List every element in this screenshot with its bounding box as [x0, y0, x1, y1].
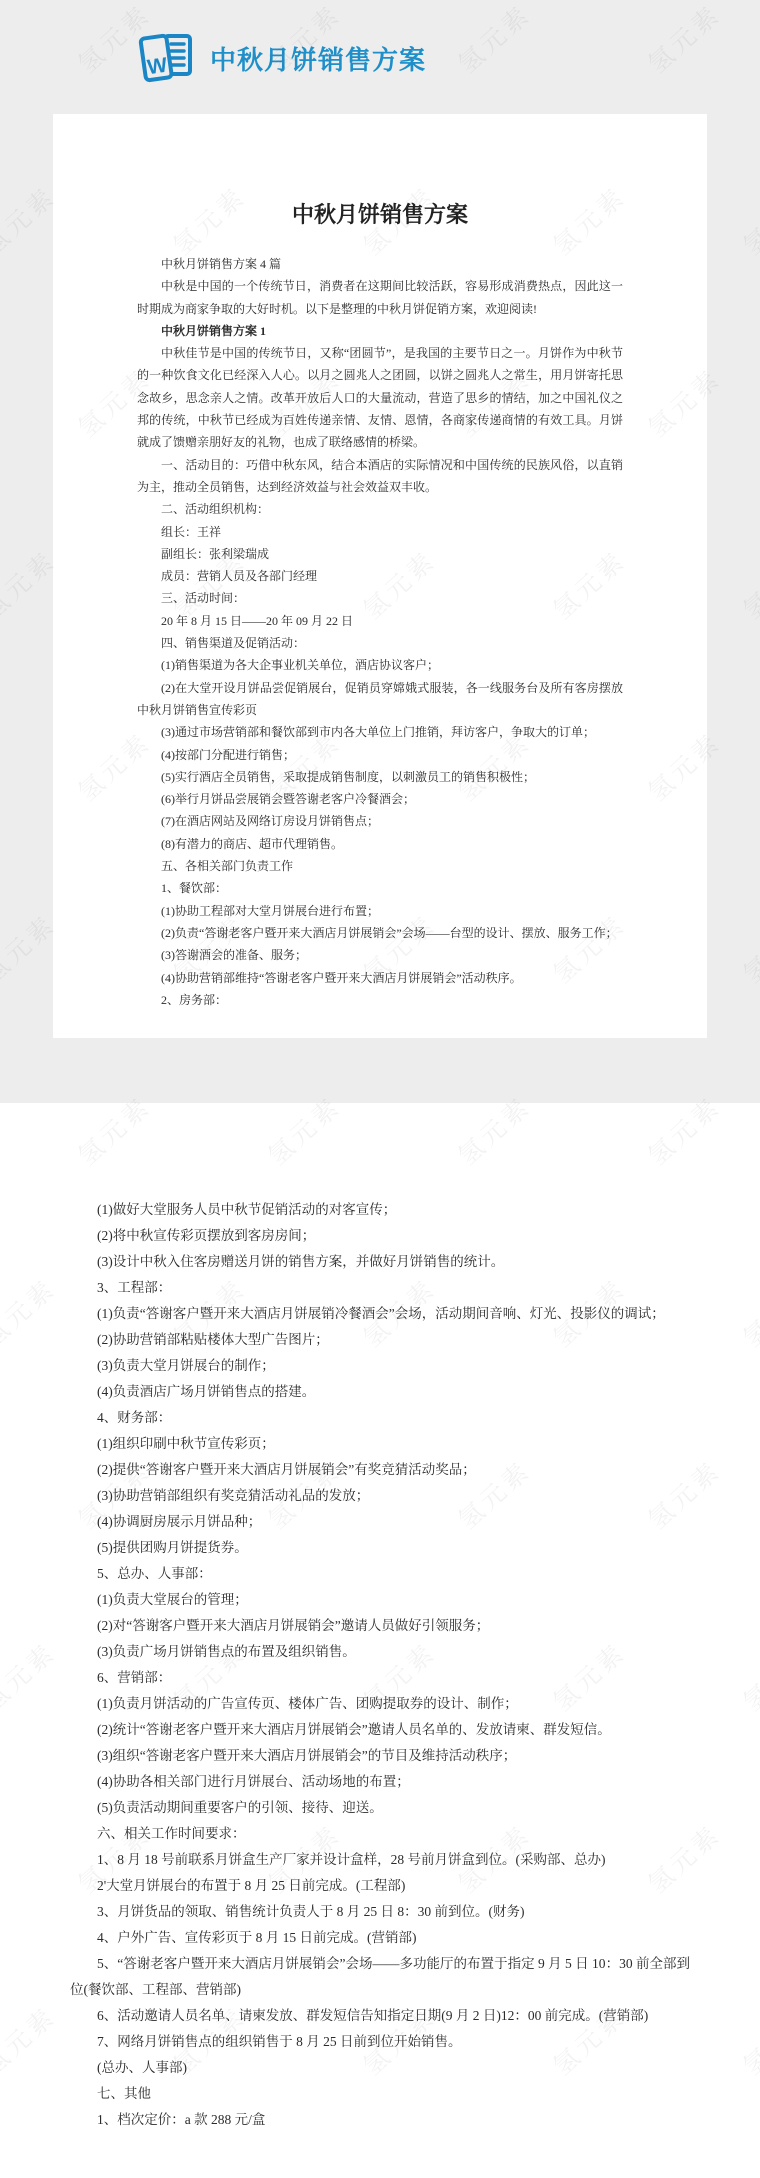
paragraph: 中秋月饼销售方案 4 篇: [137, 253, 623, 275]
paragraph: 5、总办、人事部：: [70, 1561, 690, 1587]
paragraph: 5、“答谢老客户暨开来大酒店月饼展销会”会场——多功能厅的布置于指定 9 月 5…: [70, 1951, 690, 2003]
paragraph: (2)负责“答谢老客户暨开来大酒店月饼展销会”会场——台型的设计、摆放、服务工作…: [137, 922, 623, 944]
paragraph: 3、月饼货品的领取、销售统计负责人于 8 月 25 日 8：30 前到位。(财务…: [70, 1899, 690, 1925]
paragraph: (2)统计“答谢老客户暨开来大酒店月饼展销会”邀请人员名单的、发放请柬、群发短信…: [70, 1717, 690, 1743]
paragraph: (5)负责活动期间重要客户的引领、接待、迎送。: [70, 1795, 690, 1821]
document-page-2: (1)做好大堂服务人员中秋节促销活动的对客宣传；(2)将中秋宣传彩页摆放到客房房…: [0, 1103, 760, 2178]
paragraph: 1、档次定价：a 款 288 元/盒: [70, 2107, 690, 2133]
paragraph: (1)负责大堂展台的管理；: [70, 1587, 690, 1613]
paragraph: (2)在大堂开设月饼品尝促销展台，促销员穿嫦娥式服装，各一线服务台及所有客房摆放…: [137, 677, 623, 722]
paragraph: (3)组织“答谢老客户暨开来大酒店月饼展销会”的节目及维持活动秩序；: [70, 1743, 690, 1769]
app-header: W 中秋月饼销售方案: [138, 26, 426, 90]
paragraph: 1、8 月 18 号前联系月饼盒生产厂家并设计盒样，28 号前月饼盒到位。(采购…: [70, 1847, 690, 1873]
paragraph: 3、工程部：: [70, 1275, 690, 1301]
document-title: 中秋月饼销售方案: [137, 198, 623, 229]
paragraph: 中秋是中国的一个传统节日，消费者在这期间比较活跃，容易形成消费热点，因此这一时期…: [137, 275, 623, 320]
paragraph: (1)组织印刷中秋节宣传彩页；: [70, 1431, 690, 1457]
paragraph: (1)负责月饼活动的广告宣传页、楼体广告、团购提取券的设计、制作；: [70, 1691, 690, 1717]
app-header-title: 中秋月饼销售方案: [210, 40, 426, 77]
paragraph: 一、活动目的：巧借中秋东风，结合本酒店的实际情况和中国传统的民族风俗，以直销为主…: [137, 454, 623, 499]
paragraph: 五、各相关部门负责工作: [137, 855, 623, 877]
paragraph: (1)做好大堂服务人员中秋节促销活动的对客宣传；: [70, 1197, 690, 1223]
paragraph: (3)负责大堂月饼展台的制作；: [70, 1353, 690, 1379]
paragraph: 4、财务部：: [70, 1405, 690, 1431]
paragraph: 成员：营销人员及各部门经理: [137, 565, 623, 587]
page: W 中秋月饼销售方案 中秋月饼销售方案 中秋月饼销售方案 4 篇中秋是中国的一个…: [0, 0, 760, 2178]
paragraph: 四、销售渠道及促销活动：: [137, 632, 623, 654]
paragraph: (2)提供“答谢客户暨开来大酒店月饼展销会”有奖竞猜活动奖品；: [70, 1457, 690, 1483]
paragraph: (4)按部门分配进行销售；: [137, 744, 623, 766]
paragraph: (3)通过市场营销部和餐饮部到市内各大单位上门推销，拜访客户，争取大的订单；: [137, 721, 623, 743]
paragraph: (6)举行月饼品尝展销会暨答谢老客户冷餐酒会；: [137, 788, 623, 810]
paragraph: (4)协助营销部维持“答谢老客户暨开来大酒店月饼展销会”活动秩序。: [137, 967, 623, 989]
paragraph: 2、房务部：: [137, 989, 623, 1011]
paragraph: (3)协助营销部组织有奖竞猜活动礼品的发放；: [70, 1483, 690, 1509]
document-page-1: 中秋月饼销售方案 中秋月饼销售方案 4 篇中秋是中国的一个传统节日，消费者在这期…: [53, 114, 707, 1038]
paragraph: 组长：王祥: [137, 521, 623, 543]
top-grey-zone: W 中秋月饼销售方案 中秋月饼销售方案 中秋月饼销售方案 4 篇中秋是中国的一个…: [0, 0, 760, 1103]
paragraph: 7、网络月饼销售点的组织销售于 8 月 25 日前到位开始销售。: [70, 2029, 690, 2055]
paragraph: 6、活动邀请人员名单、请柬发放、群发短信告知指定日期(9 月 2 日)12：00…: [70, 2003, 690, 2029]
paragraph: (1)协助工程部对大堂月饼展台进行布置；: [137, 900, 623, 922]
svg-text:W: W: [146, 53, 169, 79]
paragraph: (3)答谢酒会的准备、服务；: [137, 944, 623, 966]
document-body: 中秋月饼销售方案 4 篇中秋是中国的一个传统节日，消费者在这期间比较活跃，容易形…: [137, 253, 623, 1011]
paragraph: (1)销售渠道为各大企事业机关单位，酒店协议客户；: [137, 654, 623, 676]
paragraph: (7)在酒店网站及网络订房设月饼销售点；: [137, 810, 623, 832]
paragraph: 中秋佳节是中国的传统节日，又称“团圆节”，是我国的主要节日之一。月饼作为中秋节的…: [137, 342, 623, 453]
paragraph: (2)将中秋宣传彩页摆放到客房房间；: [70, 1223, 690, 1249]
word-document-icon: W: [138, 27, 194, 90]
paragraph: 二、活动组织机构：: [137, 498, 623, 520]
paragraph: (3)负责广场月饼销售点的布置及组织销售。: [70, 1639, 690, 1665]
paragraph: (3)设计中秋入住客房赠送月饼的销售方案，并做好月饼销售的统计。: [70, 1249, 690, 1275]
paragraph: 副组长：张利梁瑞成: [137, 543, 623, 565]
paragraph: 中秋月饼销售方案 1: [137, 320, 623, 342]
paragraph: (1)负责“答谢客户暨开来大酒店月饼展销冷餐酒会”会场，活动期间音响、灯光、投影…: [70, 1301, 690, 1327]
paragraph: (5)提供团购月饼提货券。: [70, 1535, 690, 1561]
paragraph: (4)协助各相关部门进行月饼展台、活动场地的布置；: [70, 1769, 690, 1795]
paragraph: (5)实行酒店全员销售，采取提成销售制度，以刺激员工的销售积极性；: [137, 766, 623, 788]
paragraph: 1、餐饮部：: [137, 877, 623, 899]
paragraph: (4)协调厨房展示月饼品种；: [70, 1509, 690, 1535]
paragraph: (8)有潜力的商店、超市代理销售。: [137, 833, 623, 855]
paragraph: 20 年 8 月 15 日——20 年 09 月 22 日: [137, 610, 623, 632]
paragraph: 6、营销部：: [70, 1665, 690, 1691]
paragraph: 三、活动时间：: [137, 587, 623, 609]
paragraph: (总办、人事部): [70, 2055, 690, 2081]
paragraph: (2)对“答谢客户暨开来大酒店月饼展销会”邀请人员做好引领服务；: [70, 1613, 690, 1639]
document-continuation-body: (1)做好大堂服务人员中秋节促销活动的对客宣传；(2)将中秋宣传彩页摆放到客房房…: [70, 1197, 690, 2133]
paragraph: 4、户外广告、宣传彩页于 8 月 15 日前完成。(营销部): [70, 1925, 690, 1951]
paragraph: (2)协助营销部粘贴楼体大型广告图片；: [70, 1327, 690, 1353]
paragraph: (4)负责酒店广场月饼销售点的搭建。: [70, 1379, 690, 1405]
paragraph: 2'大堂月饼展台的布置于 8 月 25 日前完成。(工程部): [70, 1873, 690, 1899]
paragraph: 七、其他: [70, 2081, 690, 2107]
paragraph: 六、相关工作时间要求：: [70, 1821, 690, 1847]
